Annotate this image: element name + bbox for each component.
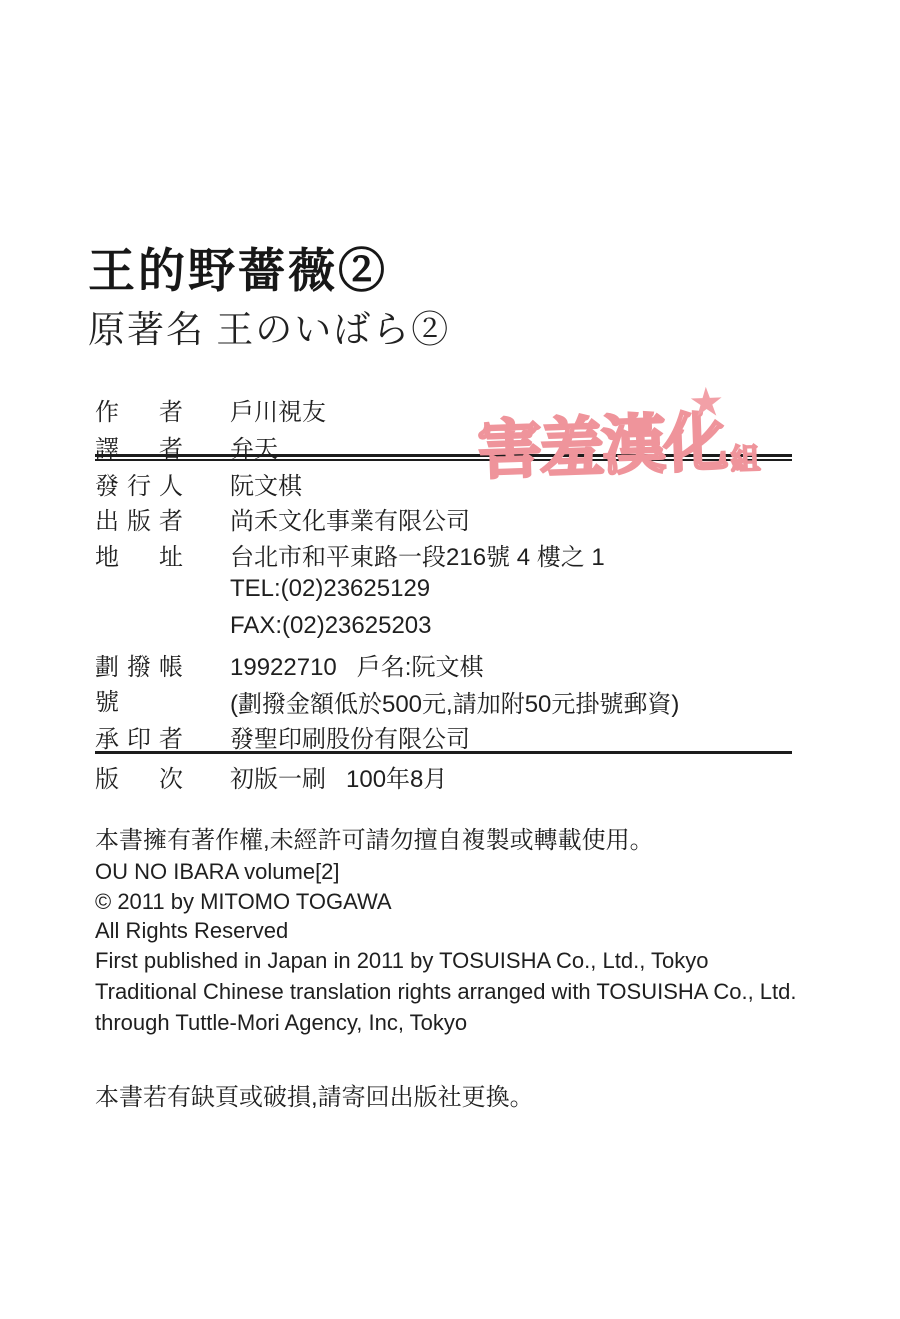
divider-single-line	[95, 751, 792, 754]
row-tel: TEL:(02)23625129	[95, 575, 800, 603]
row-publisher-company: 出版者 尚禾文化事業有限公司	[95, 501, 800, 529]
row-postal-note: (劃撥金額低於500元,請加附50元掛號郵資)	[95, 684, 800, 712]
row-author-label: 作者	[95, 392, 183, 427]
copyright-line-first-published: First published in Japan in 2011 by TOSU…	[95, 948, 709, 974]
book-title: 王的野薔薇②	[88, 234, 388, 301]
original-title: 原著名 王のいばら②	[88, 299, 450, 353]
row-edition-value: 初版一刷 100年8月	[230, 759, 447, 794]
divider-double-line-top	[95, 454, 792, 457]
copyright-line-cjk: 本書擁有著作權,未經許可請勿擅自複製或轉載使用。	[95, 820, 654, 855]
row-translator: 譯者 弁天	[95, 429, 800, 457]
colophon-page: 王的野薔薇② 原著名 王のいばら② 作者 戶川視友 譯者 弁天 發行人 阮文棋 …	[0, 0, 900, 1319]
row-printer: 承印者 發聖印刷股份有限公司	[95, 719, 800, 747]
row-fax-value: FAX:(02)23625203	[230, 612, 431, 640]
row-publisher-person-value: 阮文棋	[230, 466, 302, 501]
row-address-value: 台北市和平東路一段216號 4 樓之 1	[230, 537, 605, 572]
row-address-label: 地址	[95, 537, 183, 572]
row-postal-account: 劃撥帳號 19922710 戶名:阮文棋	[95, 647, 800, 675]
row-address: 地址 台北市和平東路一段216號 4 樓之 1	[95, 537, 800, 565]
copyright-line-volume: OU NO IBARA volume[2]	[95, 859, 340, 885]
replacement-notice: 本書若有缺頁或破損,請寄回出版社更換。	[95, 1077, 534, 1112]
copyright-line-translation: Traditional Chinese translation rights a…	[95, 979, 797, 1005]
copyright-line-author: © 2011 by MITOMO TOGAWA	[95, 889, 392, 915]
row-printer-value: 發聖印刷股份有限公司	[230, 719, 470, 754]
copyright-line-agency: through Tuttle-Mori Agency, Inc, Tokyo	[95, 1010, 467, 1036]
row-printer-label: 承印者	[95, 719, 183, 754]
row-publisher-person-label: 發行人	[95, 466, 183, 501]
row-publisher-company-label: 出版者	[95, 501, 183, 536]
row-postal-note-value: (劃撥金額低於500元,請加附50元掛號郵資)	[230, 684, 679, 719]
row-postal-account-value: 19922710 戶名:阮文棋	[230, 647, 483, 682]
divider-double-line-bottom	[95, 459, 792, 461]
row-author: 作者 戶川視友	[95, 392, 800, 420]
row-fax: FAX:(02)23625203	[95, 612, 800, 640]
row-edition: 版次 初版一刷 100年8月	[95, 759, 800, 787]
copyright-line-rights: All Rights Reserved	[95, 918, 288, 944]
row-edition-label: 版次	[95, 759, 183, 794]
row-publisher-company-value: 尚禾文化事業有限公司	[230, 501, 470, 536]
row-author-value: 戶川視友	[230, 392, 326, 427]
row-tel-value: TEL:(02)23625129	[230, 575, 430, 603]
row-publisher-person: 發行人 阮文棋	[95, 466, 800, 494]
